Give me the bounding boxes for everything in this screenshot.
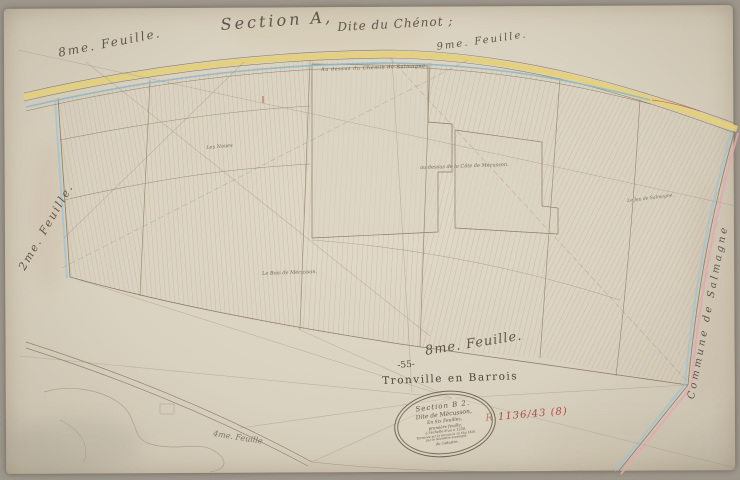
map-drawing [0, 0, 740, 480]
small-sketch-box [160, 404, 174, 414]
footpath-and-sketch [26, 342, 618, 472]
page-number: -55- [397, 359, 415, 370]
scanned-map-page: Section A, Dite du Chénot ; 8me. Feuille… [0, 0, 740, 480]
